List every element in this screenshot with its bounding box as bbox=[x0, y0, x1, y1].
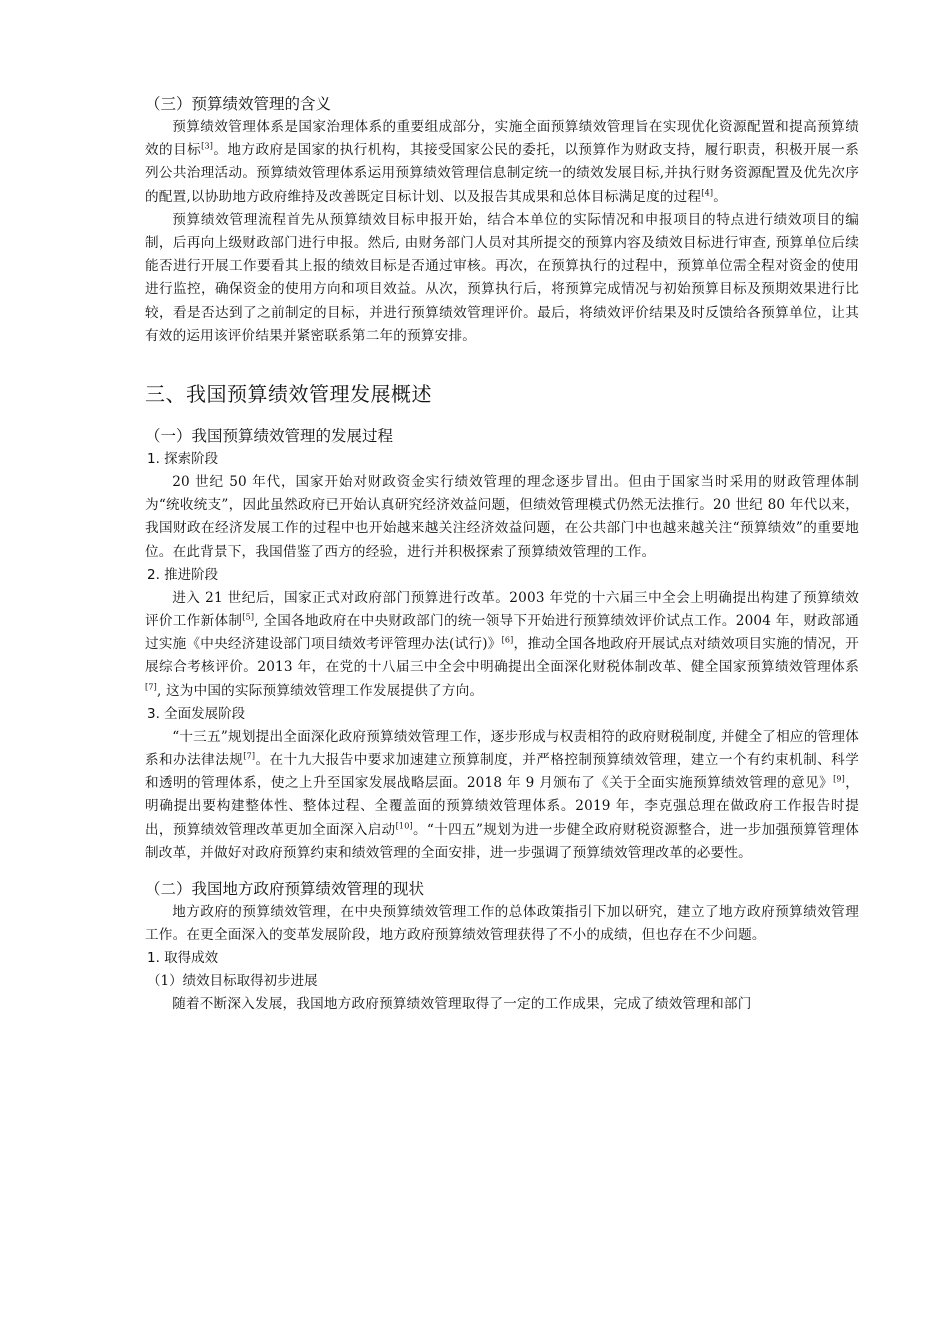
subheading-goal-progress: （1）绩效目标取得初步进展 bbox=[145, 970, 859, 993]
text: 。地方政府是国家的执行机构，其接受国家公民的委托，以预算作为财政支持，履行职责，… bbox=[145, 142, 859, 204]
subheading-exploration: 1. 探索阶段 bbox=[145, 448, 859, 471]
document-page: （三）预算绩效管理的含义 预算绩效管理体系是国家治理体系的重要组成部分，实施全面… bbox=[145, 92, 859, 1017]
paragraph: 地方政府的预算绩效管理，在中央预算绩效管理工作的总体政策指引下加以研究，建立了地… bbox=[145, 901, 859, 947]
citation[interactable]: [4] bbox=[701, 188, 713, 197]
citation[interactable]: [6] bbox=[502, 636, 514, 645]
paragraph: “十三五”规划提出全面深化政府预算绩效管理工作，逐步形成与权责相符的政府财税制度… bbox=[145, 726, 859, 865]
citation[interactable]: [10] bbox=[396, 821, 413, 830]
section-heading-development: （一）我国预算绩效管理的发展过程 bbox=[145, 424, 859, 448]
paragraph: 预算绩效管理流程首先从预算绩效目标申报开始，结合本单位的实际情况和申报项目的特点… bbox=[145, 209, 859, 348]
subheading-full-development: 3. 全面发展阶段 bbox=[145, 703, 859, 726]
citation[interactable]: [7] bbox=[243, 752, 255, 761]
subheading-achievements: 1. 取得成效 bbox=[145, 947, 859, 970]
subheading-promotion: 2. 推进阶段 bbox=[145, 564, 859, 587]
citation[interactable]: [7] bbox=[145, 682, 157, 691]
paragraph: 20 世纪 50 年代，国家开始对财政资金实行绩效管理的理念逐步冒出。但由于国家… bbox=[145, 471, 859, 564]
citation[interactable]: [3] bbox=[201, 142, 213, 151]
paragraph: 预算绩效管理体系是国家治理体系的重要组成部分，实施全面预算绩效管理旨在实现优化资… bbox=[145, 116, 859, 209]
paragraph: 进入 21 世纪后，国家正式对政府部门预算进行改革。2003 年党的十六届三中全… bbox=[145, 587, 859, 703]
citation[interactable]: [5] bbox=[242, 613, 254, 622]
text: 。 bbox=[713, 189, 727, 205]
section-heading-meaning: （三）预算绩效管理的含义 bbox=[145, 92, 859, 116]
citation[interactable]: [9] bbox=[833, 775, 845, 784]
chapter-heading: 三、我国预算绩效管理发展概述 bbox=[145, 380, 859, 408]
section-heading-status: （二）我国地方政府预算绩效管理的现状 bbox=[145, 877, 859, 901]
text: , 这为中国的实际预算绩效管理工作发展提供了方向。 bbox=[157, 683, 483, 699]
paragraph: 随着不断深入发展，我国地方政府预算绩效管理取得了一定的工作成果，完成了绩效管理和… bbox=[145, 993, 859, 1016]
